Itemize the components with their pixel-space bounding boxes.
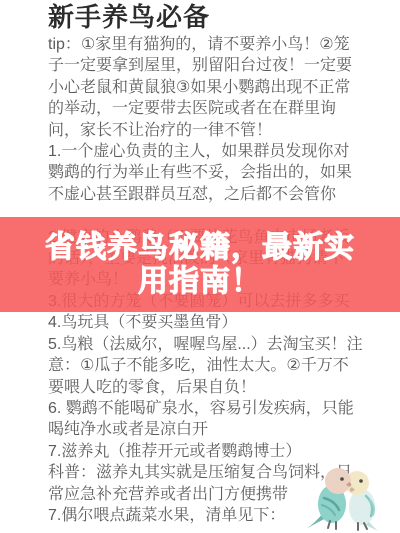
promo-banner-overlay: 省钱养鸟秘籍，最新实 用指南！ [0,217,400,312]
note-screenshot-page: 新手养鸟必备 tip：①家里有猫狗的，请不要养小鸟！②笼 子一定要拿到屋里，别留… [0,0,400,533]
promo-banner-text: 省钱养鸟秘籍，最新实 用指南！ [45,231,355,299]
two-budgies-illustration-icon [300,462,392,532]
left-budgie [306,468,351,529]
post-title: 新手养鸟必备 [48,2,380,32]
